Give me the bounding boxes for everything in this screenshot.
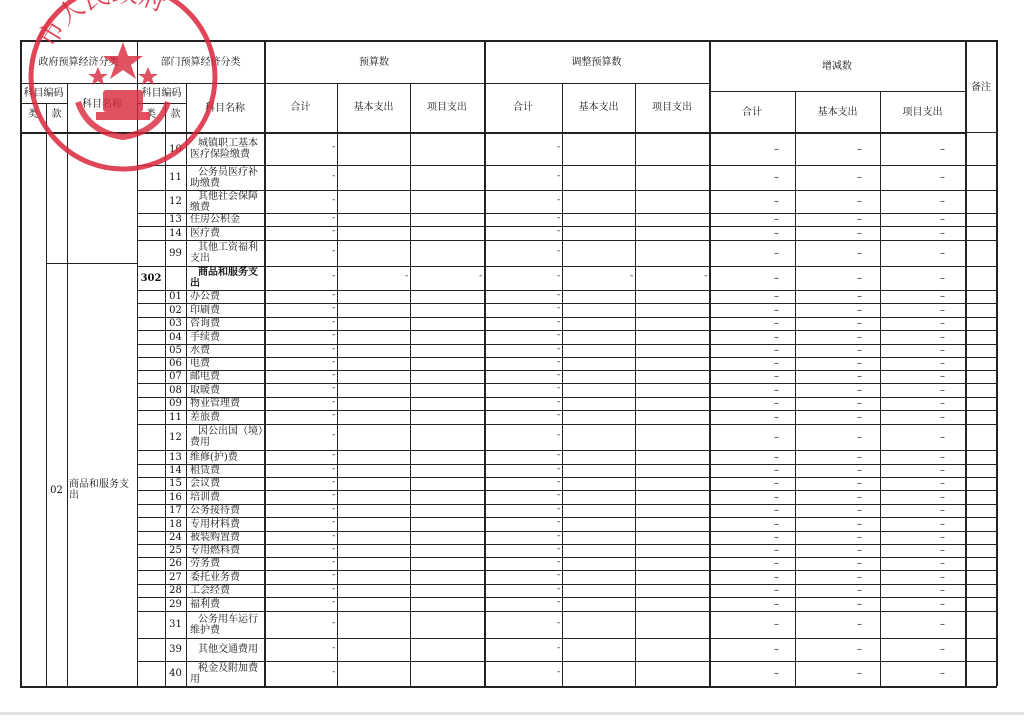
grid-line — [20, 40, 997, 42]
change-value-cell: – — [795, 638, 880, 661]
grid-line — [20, 686, 997, 688]
value-cell: - — [557, 570, 560, 580]
grid-line — [137, 317, 997, 318]
grid-line — [709, 40, 711, 686]
subject-name-cell: 取暖费 — [186, 383, 264, 397]
grid-line — [46, 263, 137, 264]
change-value-cell: – — [795, 490, 880, 504]
grid-line — [137, 213, 997, 214]
subject-name-cell: 咨询费 — [186, 317, 264, 330]
subject-name-cell: 工会经费 — [186, 584, 264, 597]
grid-line — [67, 83, 68, 686]
change-value-cell: – — [795, 290, 880, 303]
subject-name-cell: 公务员医疗补助缴费 — [186, 165, 264, 190]
page-edge — [0, 712, 1024, 715]
change-value-cell: – — [709, 317, 795, 330]
grid-line — [562, 83, 563, 686]
value-cell: - — [332, 531, 335, 541]
value-cell: - — [557, 544, 560, 554]
value-cell: - — [332, 597, 335, 607]
value-cell: - — [557, 290, 560, 300]
value-cell: - — [332, 410, 335, 420]
value-cell: - — [332, 213, 335, 223]
gov-class-header: 政府预算经济分类 — [20, 41, 137, 83]
value-cell: - — [557, 303, 560, 313]
adjusted-basic-header: 基本支出 — [562, 83, 635, 131]
value-cell: - — [557, 557, 560, 567]
grid-line — [137, 344, 997, 345]
change-basic-header: 基本支出 — [795, 91, 880, 133]
grid-line — [137, 490, 997, 491]
value-cell: - — [332, 667, 335, 677]
grid-line — [410, 83, 411, 686]
value-cell: - — [332, 490, 335, 500]
change-value-cell: – — [880, 544, 965, 557]
grid-line — [137, 330, 997, 331]
change-value-cell: – — [880, 424, 965, 450]
change-value-cell: – — [880, 240, 965, 266]
change-value-cell: – — [795, 383, 880, 397]
grid-line — [137, 190, 997, 191]
grid-line — [996, 40, 998, 686]
change-value-cell: – — [709, 477, 795, 490]
change-value-cell: – — [795, 397, 880, 410]
subject-name-cell: 培训费 — [186, 490, 264, 504]
grid-line — [20, 83, 264, 84]
subject-name-cell: 公务用车运行维护费 — [186, 611, 264, 638]
change-header: 增减数 — [709, 41, 965, 91]
value-cell: - — [332, 370, 335, 380]
change-value-cell: – — [795, 303, 880, 317]
value-cell: - — [557, 171, 560, 181]
value-cell: - — [557, 410, 560, 420]
subject-name-cell: 水费 — [186, 344, 264, 357]
value-cell: - — [332, 330, 335, 340]
value-cell: - — [332, 303, 335, 313]
change-value-cell: – — [709, 190, 795, 213]
change-value-cell: – — [795, 597, 880, 611]
value-cell: - — [557, 344, 560, 354]
change-value-cell: – — [795, 344, 880, 357]
change-value-cell: – — [709, 303, 795, 317]
value-cell: - — [332, 357, 335, 367]
budget-basic-header: 基本支出 — [337, 83, 410, 131]
dept-kuan-cell: 14 — [165, 226, 186, 240]
grid-line — [137, 40, 138, 686]
change-value-cell: – — [795, 240, 880, 266]
value-cell: - — [557, 213, 560, 223]
grid-line — [137, 370, 997, 371]
change-value-cell: – — [880, 133, 965, 165]
value-cell: - — [557, 643, 560, 653]
gov-kuan-header: 款 — [46, 103, 67, 125]
subject-name-cell: 医疗费 — [186, 226, 264, 240]
subject-name-cell: 住房公积金 — [186, 213, 264, 226]
change-value-cell: – — [880, 464, 965, 477]
value-cell: - — [332, 430, 335, 440]
change-value-cell: – — [795, 330, 880, 344]
change-value-cell: – — [795, 410, 880, 424]
value-cell: - — [332, 570, 335, 580]
change-value-cell: – — [709, 357, 795, 370]
dept-kuan-cell: 06 — [165, 357, 186, 370]
value-cell: - — [557, 584, 560, 594]
change-value-cell: – — [709, 165, 795, 190]
grid-line — [137, 424, 997, 425]
change-value-cell: – — [795, 450, 880, 464]
grid-line — [137, 557, 997, 558]
change-value-cell: – — [795, 584, 880, 597]
value-cell: - — [557, 531, 560, 541]
grid-line — [137, 290, 997, 291]
dept-kuan-cell: 09 — [165, 397, 186, 410]
gov-kuan-02: 02 — [46, 470, 67, 510]
budget-total-header: 合计 — [264, 83, 337, 131]
dept-kuan-cell: 12 — [165, 424, 186, 450]
change-value-cell: – — [880, 597, 965, 611]
change-value-cell: – — [795, 266, 880, 290]
grid-line — [484, 40, 486, 686]
subject-name-cell: 邮电费 — [186, 370, 264, 383]
value-cell: - — [557, 357, 560, 367]
grid-line — [137, 477, 997, 478]
change-value-cell: – — [880, 290, 965, 303]
change-value-cell: – — [709, 410, 795, 424]
change-value-cell: – — [880, 504, 965, 517]
grid-line — [46, 103, 47, 686]
value-cell: - — [332, 643, 335, 653]
dept-kuan-cell: 26 — [165, 557, 186, 570]
change-value-cell: – — [709, 370, 795, 383]
grid-line — [965, 40, 967, 686]
change-value-cell: – — [880, 303, 965, 317]
subject-name-cell: 其他交通费用 — [186, 638, 264, 661]
gov-lei-header: 类 — [20, 103, 46, 125]
grid-line — [137, 464, 997, 465]
change-value-cell: – — [880, 557, 965, 570]
dept-kuan-cell: 08 — [165, 383, 186, 397]
change-value-cell: – — [880, 611, 965, 638]
change-value-cell: – — [880, 490, 965, 504]
change-value-cell: – — [709, 611, 795, 638]
value-cell: - — [332, 618, 335, 628]
grid-line — [137, 226, 997, 227]
gov-name-goods-services: 商品和服务支出 — [67, 470, 137, 510]
change-value-cell: – — [709, 490, 795, 504]
subject-name-cell: 维修(护)费 — [186, 450, 264, 464]
dept-kuan-cell: 05 — [165, 344, 186, 357]
subject-name-cell: 其他工资福利支出 — [186, 240, 264, 266]
dept-kuan-cell: 10 — [165, 133, 186, 165]
dept-kuan-cell: 15 — [165, 477, 186, 490]
change-value-cell: – — [880, 410, 965, 424]
value-cell: - — [332, 383, 335, 393]
change-value-cell: – — [880, 370, 965, 383]
value-cell: - — [557, 195, 560, 205]
value-cell: - — [557, 477, 560, 487]
dept-kuan-cell: 28 — [165, 584, 186, 597]
dept-kuan-cell: 04 — [165, 330, 186, 344]
subject-name-cell: 其他社会保障缴费 — [186, 190, 264, 213]
dept-kuan-cell: 27 — [165, 570, 186, 584]
value-cell: - — [557, 370, 560, 380]
grid-line — [264, 83, 709, 84]
subject-name-cell: 公务接待费 — [186, 504, 264, 517]
value-cell: - — [557, 450, 560, 460]
change-value-cell: – — [880, 517, 965, 531]
change-project-header: 项目支出 — [880, 91, 965, 133]
grid-line — [965, 132, 997, 133]
change-value-cell: – — [880, 397, 965, 410]
dept-kuan-cell: 29 — [165, 597, 186, 611]
change-value-cell: – — [709, 344, 795, 357]
change-value-cell: – — [709, 266, 795, 290]
grid-line — [137, 597, 997, 598]
change-value-cell: – — [709, 661, 795, 686]
value-cell: - — [557, 430, 560, 440]
change-value-cell: – — [795, 477, 880, 490]
dept-kuan-cell: 12 — [165, 190, 186, 213]
change-value-cell: – — [709, 450, 795, 464]
change-value-cell: – — [795, 557, 880, 570]
grid-line — [137, 450, 997, 451]
dept-subject-code-header: 科目编码 — [137, 83, 186, 103]
change-value-cell: – — [880, 226, 965, 240]
value-cell: - — [557, 667, 560, 677]
subject-name-cell: 差旅费 — [186, 410, 264, 424]
subject-name-cell: 被装购置费 — [186, 531, 264, 544]
change-value-cell: – — [709, 290, 795, 303]
change-value-cell: – — [795, 226, 880, 240]
change-value-cell: – — [880, 357, 965, 370]
change-value-cell: – — [709, 504, 795, 517]
value-cell: - — [332, 344, 335, 354]
adjusted-project-header: 项目支出 — [635, 83, 709, 131]
change-value-cell: – — [795, 190, 880, 213]
change-value-cell: – — [880, 584, 965, 597]
subject-name-cell: 专用材料费 — [186, 517, 264, 531]
dept-kuan-cell: 13 — [165, 450, 186, 464]
change-value-cell: – — [709, 531, 795, 544]
grid-line — [137, 638, 997, 639]
change-value-cell: – — [795, 570, 880, 584]
value-cell: - — [332, 246, 335, 256]
change-value-cell: – — [880, 638, 965, 661]
change-value-cell: – — [880, 344, 965, 357]
grid-line — [137, 661, 997, 662]
grid-line — [137, 544, 997, 545]
value-cell: - — [704, 271, 707, 281]
subject-name-cell: 商品和服务支出 — [186, 266, 264, 290]
grid-line — [137, 611, 997, 612]
dept-kuan-cell: 14 — [165, 464, 186, 477]
subject-name-cell: 电费 — [186, 357, 264, 370]
value-cell: - — [332, 195, 335, 205]
grid-line — [137, 103, 186, 104]
budget-header: 预算数 — [264, 41, 484, 83]
value-cell: - — [332, 477, 335, 487]
value-cell: - — [332, 450, 335, 460]
subject-name-cell: 会议费 — [186, 477, 264, 490]
grid-line — [264, 40, 266, 686]
value-cell: - — [332, 271, 335, 281]
change-value-cell: – — [880, 213, 965, 226]
grid-line — [137, 165, 997, 166]
value-cell: - — [332, 557, 335, 567]
change-value-cell: – — [795, 165, 880, 190]
budget-table-sheet: 政府预算经济分类 部门预算经济分类 科目编码 科目名称 类 款 科目编码 类 款… — [0, 0, 1024, 721]
grid-line — [20, 132, 965, 134]
value-cell: - — [557, 226, 560, 236]
grid-line — [137, 517, 997, 518]
value-cell: - — [557, 397, 560, 407]
value-cell: - — [332, 397, 335, 407]
change-value-cell: – — [709, 213, 795, 226]
adjusted-budget-header: 调整预算数 — [484, 41, 709, 83]
subject-name-cell: 物业管理费 — [186, 397, 264, 410]
grid-line — [137, 397, 997, 398]
value-cell: - — [332, 317, 335, 327]
change-value-cell: – — [795, 531, 880, 544]
change-value-cell: – — [795, 517, 880, 531]
gov-subject-name-header: 科目名称 — [67, 83, 137, 125]
value-cell: - — [332, 464, 335, 474]
grid-line — [337, 83, 338, 686]
value-cell: - — [557, 618, 560, 628]
value-cell: - — [557, 504, 560, 514]
dept-kuan-cell: 17 — [165, 504, 186, 517]
dept-kuan-cell: 02 — [165, 303, 186, 317]
grid-line — [709, 91, 965, 92]
dept-kuan-cell: 24 — [165, 531, 186, 544]
grid-line — [137, 240, 997, 241]
change-value-cell: – — [709, 517, 795, 531]
subject-name-cell: 手续费 — [186, 330, 264, 344]
subject-name-cell: 因公出国（境）费用 — [186, 424, 264, 450]
grid-line — [137, 504, 997, 505]
dept-kuan-cell: 11 — [165, 165, 186, 190]
subject-name-cell: 专用燃料费 — [186, 544, 264, 557]
dept-kuan-cell: 01 — [165, 290, 186, 303]
remark-header: 备注 — [965, 41, 997, 133]
change-value-cell: – — [709, 544, 795, 557]
grid-line — [137, 383, 997, 384]
budget-project-header: 项目支出 — [410, 83, 484, 131]
grid-line — [20, 103, 67, 104]
gov-subject-code-header: 科目编码 — [20, 83, 67, 103]
value-cell: - — [557, 330, 560, 340]
change-total-header: 合计 — [709, 91, 795, 133]
change-value-cell: – — [880, 317, 965, 330]
adjusted-total-header: 合计 — [484, 83, 562, 131]
dept-kuan-cell: 40 — [165, 661, 186, 686]
change-value-cell: – — [880, 190, 965, 213]
change-value-cell: – — [880, 570, 965, 584]
value-cell: - — [557, 317, 560, 327]
change-value-cell: – — [795, 661, 880, 686]
grid-line — [186, 83, 187, 686]
grid-line — [137, 584, 997, 585]
change-value-cell: – — [795, 464, 880, 477]
dept-kuan-cell: 07 — [165, 370, 186, 383]
change-value-cell: – — [795, 357, 880, 370]
change-value-cell: – — [880, 477, 965, 490]
value-cell: - — [332, 517, 335, 527]
value-cell: - — [557, 383, 560, 393]
change-value-cell: – — [795, 504, 880, 517]
change-value-cell: – — [709, 557, 795, 570]
grid-line — [137, 410, 997, 411]
grid-line — [20, 40, 22, 686]
value-cell: - — [557, 271, 560, 281]
change-value-cell: – — [795, 133, 880, 165]
grid-line — [137, 357, 997, 358]
dept-subject-name-header: 科目名称 — [186, 83, 264, 133]
change-value-cell: – — [709, 330, 795, 344]
change-value-cell: – — [880, 266, 965, 290]
change-value-cell: – — [880, 531, 965, 544]
dept-kuan-cell: 11 — [165, 410, 186, 424]
value-cell: - — [557, 464, 560, 474]
change-value-cell: – — [795, 317, 880, 330]
dept-kuan-cell: 99 — [165, 240, 186, 266]
dept-kuan-cell: 13 — [165, 213, 186, 226]
grid-line — [137, 531, 997, 532]
change-value-cell: – — [709, 424, 795, 450]
change-value-cell: – — [880, 165, 965, 190]
dept-kuan-cell: 03 — [165, 317, 186, 330]
value-cell: - — [557, 597, 560, 607]
change-value-cell: – — [795, 213, 880, 226]
change-value-cell: – — [709, 133, 795, 165]
change-value-cell: – — [795, 544, 880, 557]
subject-name-cell: 印刷费 — [186, 303, 264, 317]
subject-name-cell: 城镇职工基本医疗保险缴费 — [186, 133, 264, 165]
change-value-cell: – — [709, 397, 795, 410]
subject-name-cell: 委托业务费 — [186, 570, 264, 584]
dept-lei-cell: 302 — [137, 266, 165, 290]
dept-kuan-header: 款 — [165, 103, 186, 125]
change-value-cell: – — [709, 226, 795, 240]
dept-kuan-cell: 39 — [165, 638, 186, 661]
value-cell: - — [557, 246, 560, 256]
subject-name-cell: 办公费 — [186, 290, 264, 303]
dept-class-header: 部门预算经济分类 — [137, 41, 264, 83]
value-cell: - — [479, 271, 482, 281]
change-value-cell: – — [709, 584, 795, 597]
value-cell: - — [332, 290, 335, 300]
value-cell: - — [332, 584, 335, 594]
change-value-cell: – — [880, 450, 965, 464]
value-cell: - — [332, 171, 335, 181]
value-cell: - — [630, 271, 633, 281]
value-cell: - — [405, 271, 408, 281]
dept-kuan-cell: 16 — [165, 490, 186, 504]
change-value-cell: – — [709, 638, 795, 661]
subject-name-cell: 福利费 — [186, 597, 264, 611]
dept-kuan-cell: 18 — [165, 517, 186, 531]
subject-name-cell: 劳务费 — [186, 557, 264, 570]
change-value-cell: – — [709, 570, 795, 584]
value-cell: - — [332, 142, 335, 152]
grid-line — [137, 266, 997, 267]
value-cell: - — [557, 517, 560, 527]
value-cell: - — [557, 490, 560, 500]
change-value-cell: – — [795, 424, 880, 450]
dept-lei-header: 类 — [137, 103, 165, 125]
change-value-cell: – — [880, 383, 965, 397]
subject-name-cell: 租赁费 — [186, 464, 264, 477]
